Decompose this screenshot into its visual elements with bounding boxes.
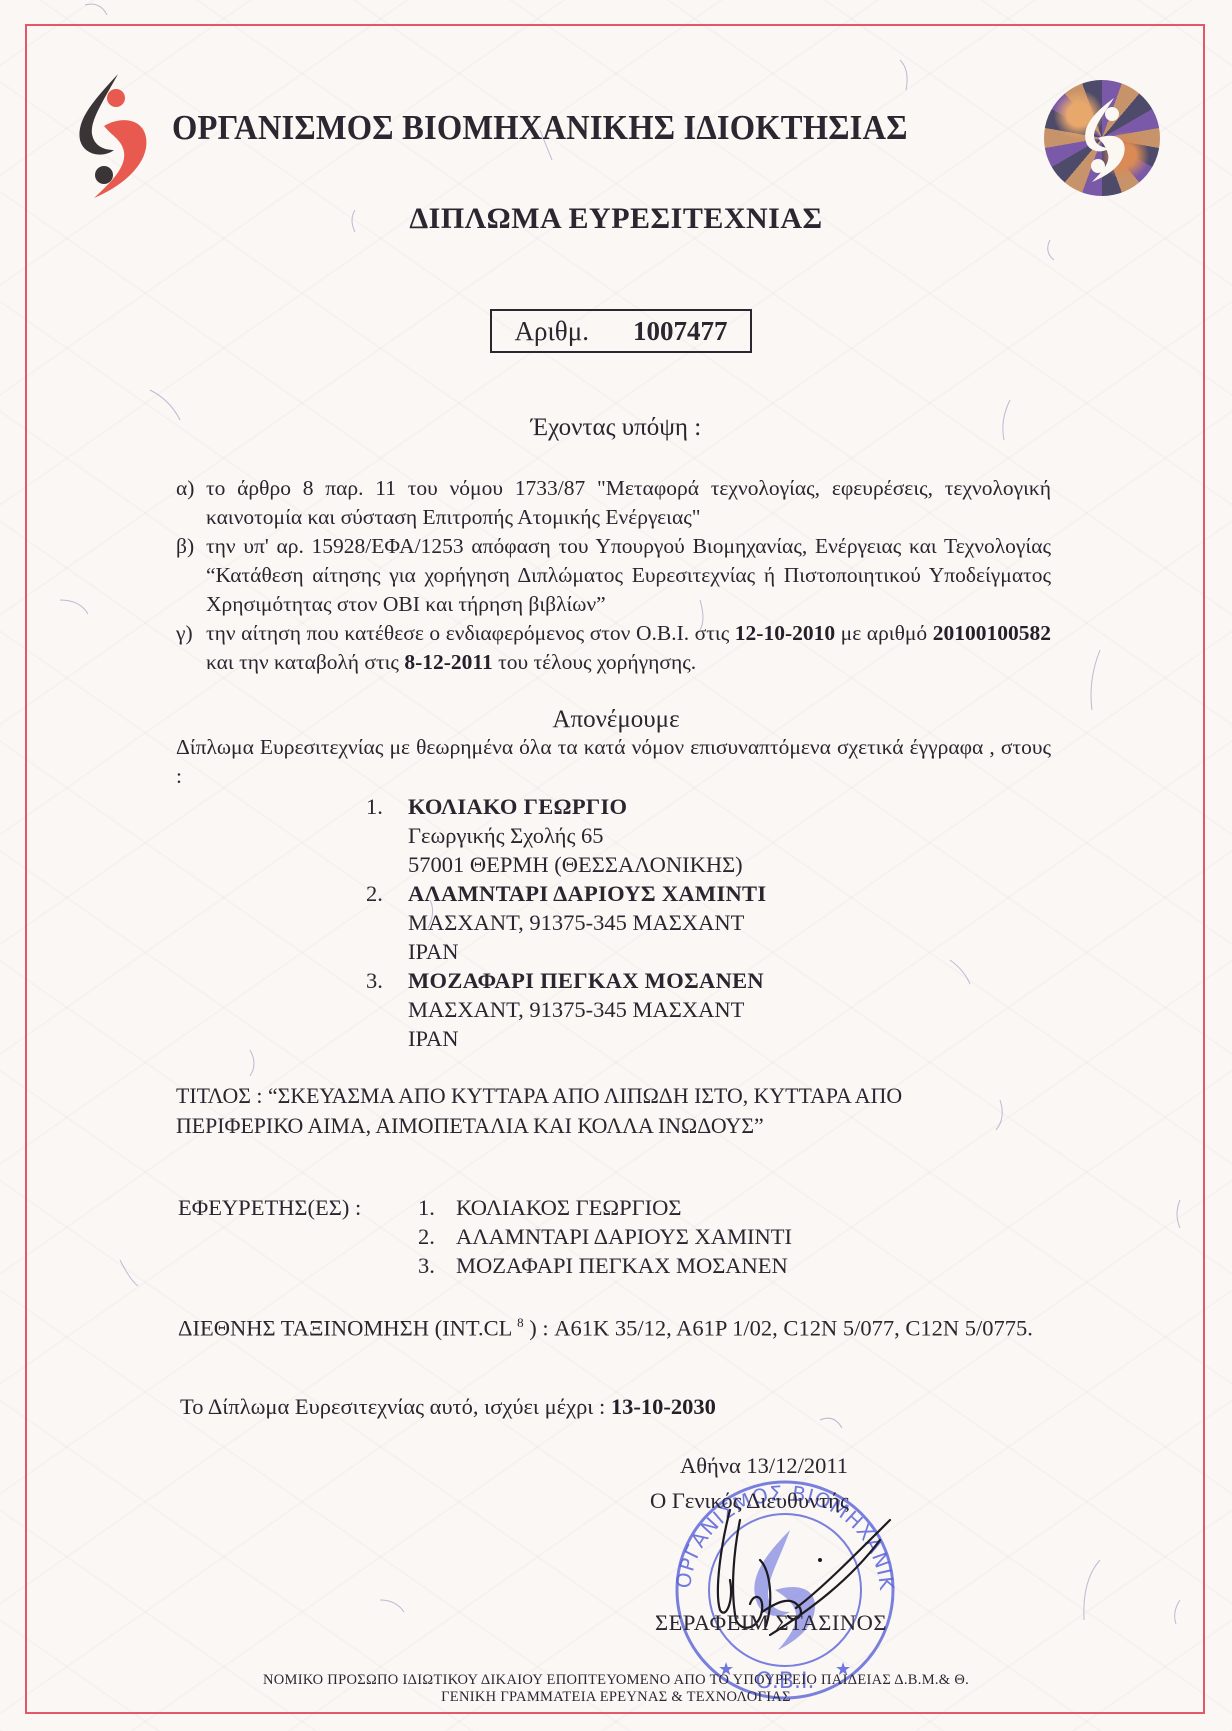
inventor-number: 1.: [418, 1193, 456, 1222]
validity-text: Το Δίπλωμα Ευρεσιτεχνίας αυτό, ισχύει μέ…: [180, 1394, 611, 1419]
award-text: Δίπλωμα Ευρεσιτεχνίας με θεωρημένα όλα τ…: [176, 733, 1051, 791]
inventor-item: 2.ΑΛΑΜΝΤΑΡΙ ΔΑΡΙΟΥΣ ΧΑΜΙΝΤΙ: [418, 1222, 792, 1251]
classification-codes: A61K 35/12, A61P 1/02, C12N 5/077, C12N …: [554, 1316, 1033, 1341]
director-name: ΣΕΡΑΦΕΙΜ ΣΤΑΣΙΝΟΣ: [655, 1610, 887, 1636]
inventor-number: 3.: [418, 1251, 456, 1280]
inventor-name: ΜΟΖΑΦΑΡΙ ΠΕΓΚΑΧ ΜΟΣΑΝΕΝ: [456, 1251, 788, 1280]
footer: ΝΟΜΙΚΟ ΠΡΟΣΩΠΟ ΙΔΙΩΤΙΚΟΥ ΔΙΚΑΙΟΥ ΕΠΟΠΤΕΥ…: [0, 1672, 1232, 1706]
payment-text: και την καταβολή στις: [206, 650, 404, 674]
filing-date: 12-10-2010: [735, 621, 835, 645]
classification-label-end: ) :: [524, 1316, 549, 1341]
holder-name: ΑΛΑΜΝΤΑΡΙ ΔΑΡΙΟΥΣ ΧΑΜΙΝΤΙ: [408, 879, 766, 908]
place-date: Αθήνα 13/12/2011: [680, 1453, 848, 1479]
footer-line-2: ΓΕΝΙΚΗ ΓΡΑΜΜΑΤΕΙΑ ΕΡΕΥΝΑΣ & ΤΕΧΝΟΛΟΓΙΑΣ: [0, 1689, 1232, 1706]
holder-number: 1.: [366, 792, 408, 821]
holder-item: 2.ΑΛΑΜΝΤΑΡΙ ΔΑΡΙΟΥΣ ΧΑΜΙΝΤΙ ΜΑΣΧΑΝΤ, 913…: [366, 879, 766, 966]
title-label: ΤΙΤΛΟΣ :: [176, 1083, 262, 1108]
holder-item: 1.ΚΟΛΙΑΚΟ ΓΕΩΡΓΙΟ Γεωργικής Σχολής 65 57…: [366, 792, 766, 879]
organization-name: ΟΡΓΑΝΙΣΜΟΣ ΒΙΟΜΗΧΑΝΙΚΗΣ ΙΔΙΟΚΤΗΣΙΑΣ: [172, 108, 908, 148]
considering-heading: Έχοντας υπόψη :: [0, 414, 1232, 442]
application-number-text: με αριθμό: [835, 621, 933, 645]
inventor-item: 3.ΜΟΖΑΦΑΡΙ ΠΕΓΚΑΧ ΜΟΣΑΝΕΝ: [418, 1251, 792, 1280]
holder-name: ΚΟΛΙΑΚΟ ΓΕΩΡΓΙΟ: [408, 792, 627, 821]
patent-number-label: Αριθμ.: [515, 316, 589, 347]
holder-number: 2.: [366, 879, 408, 908]
international-classification: ΔΙΕΘΝΗΣ ΤΑΞΙΝΟΜΗΣΗ (INT.CL 8 ) : A61K 35…: [178, 1308, 1056, 1344]
consideration-text: την αίτηση που κατέθεσε ο ενδιαφερόμενος…: [206, 619, 1051, 677]
obi-logo-icon: [74, 70, 154, 200]
consideration-label: γ): [176, 619, 206, 677]
holder-address-line: Γεωργικής Σχολής 65: [366, 821, 766, 850]
invention-title: ΤΙΤΛΟΣ : “ΣΚΕΥΑΣΜΑ ΑΠΟ ΚΥΤΤΑΡΑ ΑΠΟ ΛΙΠΩΔ…: [176, 1081, 1030, 1141]
filing-text: την αίτηση που κατέθεσε ο ενδιαφερόμενος…: [206, 621, 735, 645]
patent-number-value: 1007477: [633, 316, 728, 347]
expiry-date: 13-10-2030: [611, 1394, 716, 1419]
holder-address-line: ΜΑΣΧΑΝΤ, 91375-345 ΜΑΣΧΑΝΤ: [366, 908, 766, 937]
title-value: “ΣΚΕΥΑΣΜΑ ΑΠΟ ΚΥΤΤΑΡΑ ΑΠΟ ΛΙΠΩΔΗ ΙΣΤΟ, Κ…: [176, 1083, 902, 1138]
validity-statement: Το Δίπλωμα Ευρεσιτεχνίας αυτό, ισχύει μέ…: [180, 1394, 716, 1420]
consideration-text: το άρθρο 8 παρ. 11 του νόμου 1733/87 "Με…: [206, 474, 1051, 532]
payment-date: 8-12-2011: [404, 650, 492, 674]
inventor-item: 1.ΚΟΛΙΑΚΟΣ ΓΕΩΡΓΙΟΣ: [418, 1193, 792, 1222]
holder-number: 3.: [366, 966, 408, 995]
inventors-section: ΕΦΕΥΡΕΤΗΣ(ΕΣ) : 1.ΚΟΛΙΑΚΟΣ ΓΕΩΡΓΙΟΣ 2.ΑΛ…: [178, 1193, 792, 1280]
inventor-name: ΑΛΑΜΝΤΑΡΙ ΔΑΡΙΟΥΣ ΧΑΜΙΝΤΙ: [456, 1222, 792, 1251]
consideration-c: γ) την αίτηση που κατέθεσε ο ενδιαφερόμε…: [176, 619, 1051, 677]
holder-item: 3.ΜΟΖΑΦΑΡΙ ΠΕΓΚΑΧ ΜΟΣΑΝΕΝ ΜΑΣΧΑΝΤ, 91375…: [366, 966, 766, 1053]
fee-text: του τέλους χορήγησης.: [493, 650, 696, 674]
holder-address-line: ΙΡΑΝ: [366, 1024, 766, 1053]
holder-address-line: 57001 ΘΕΡΜΗ (ΘΕΣΣΑΛΟΝΙΚΗΣ): [366, 850, 766, 879]
document-title: ΔΙΠΛΩΜΑ ΕΥΡΕΣΙΤΕΧΝΙΑΣ: [0, 202, 1232, 236]
holder-address-line: ΜΑΣΧΑΝΤ, 91375-345 ΜΑΣΧΑΝΤ: [366, 995, 766, 1024]
award-heading: Απονέμουμε: [0, 706, 1232, 734]
consideration-a: α) το άρθρο 8 παρ. 11 του νόμου 1733/87 …: [176, 474, 1051, 532]
consideration-label: β): [176, 532, 206, 619]
obi-hologram-seal-icon: [1044, 80, 1160, 196]
patent-number-box: Αριθμ. 1007477: [490, 309, 752, 353]
inventor-number: 2.: [418, 1222, 456, 1251]
footer-line-1: ΝΟΜΙΚΟ ΠΡΟΣΩΠΟ ΙΔΙΩΤΙΚΟΥ ΔΙΚΑΙΟΥ ΕΠΟΠΤΕΥ…: [0, 1672, 1232, 1689]
consideration-b: β) την υπ' αρ. 15928/ΕΦΑ/1253 απόφαση το…: [176, 532, 1051, 619]
consideration-label: α): [176, 474, 206, 532]
holder-address-line: ΙΡΑΝ: [366, 937, 766, 966]
considerations-list: α) το άρθρο 8 παρ. 11 του νόμου 1733/87 …: [176, 474, 1051, 677]
application-number: 20100100582: [933, 621, 1051, 645]
classification-label: ΔΙΕΘΝΗΣ ΤΑΞΙΝΟΜΗΣΗ (INT.CL: [178, 1316, 512, 1341]
inventor-name: ΚΟΛΙΑΚΟΣ ΓΕΩΡΓΙΟΣ: [456, 1193, 681, 1222]
holder-name: ΜΟΖΑΦΑΡΙ ΠΕΓΚΑΧ ΜΟΣΑΝΕΝ: [408, 966, 764, 995]
consideration-text: την υπ' αρ. 15928/ΕΦΑ/1253 απόφαση του Υ…: [206, 532, 1051, 619]
inventors-list: 1.ΚΟΛΙΑΚΟΣ ΓΕΩΡΓΙΟΣ 2.ΑΛΑΜΝΤΑΡΙ ΔΑΡΙΟΥΣ …: [418, 1193, 792, 1280]
inventors-label: ΕΦΕΥΡΕΤΗΣ(ΕΣ) :: [178, 1193, 418, 1280]
patent-holders-list: 1.ΚΟΛΙΑΚΟ ΓΕΩΡΓΙΟ Γεωργικής Σχολής 65 57…: [366, 792, 766, 1053]
